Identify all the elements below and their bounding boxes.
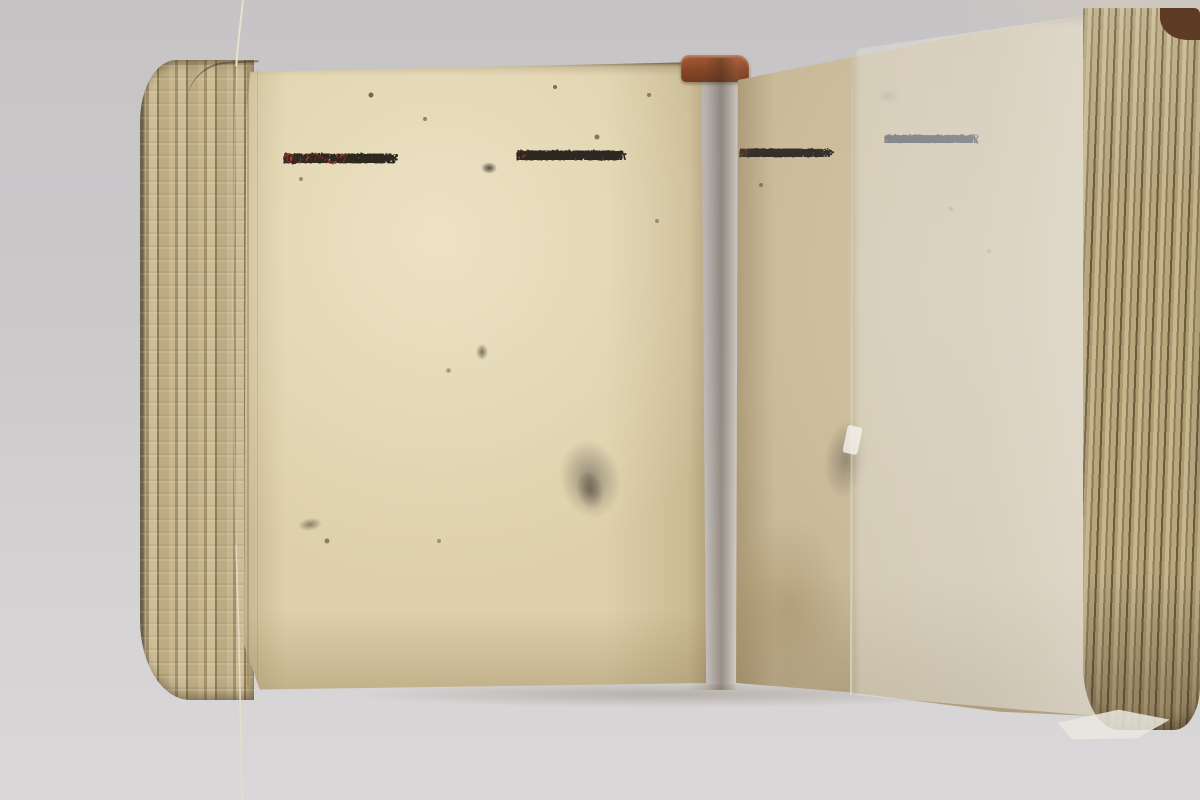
bookmark-thread	[0, 0, 1200, 800]
manuscript-photograph: ኀለየ፡በእንተ፡ክርስቶስ፡ወበእንተ፡ቤተ፡ክርስቲያን፡ወእኁ፡እንከ፡በ…	[0, 0, 1200, 800]
